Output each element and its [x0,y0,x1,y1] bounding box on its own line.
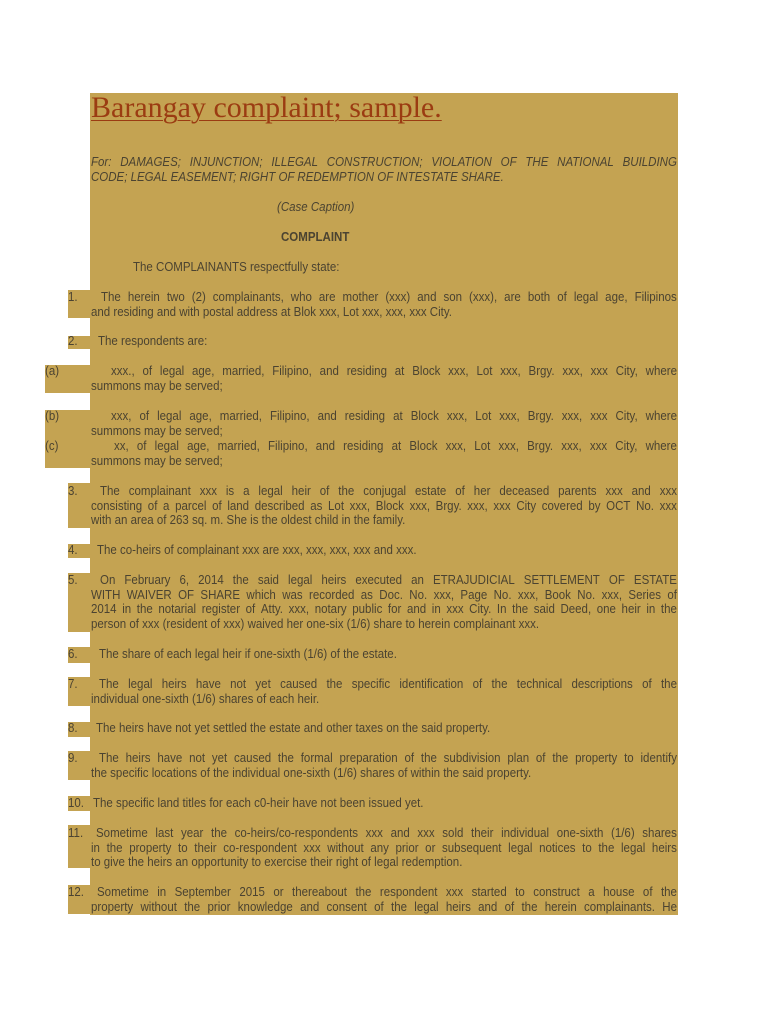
word: of [404,751,414,766]
word: (xxx), [469,290,497,305]
word: complainant [129,484,191,499]
word: xxx [417,826,434,841]
word: property [575,751,617,766]
word: a [243,484,249,499]
word: identification [399,677,463,692]
word: xxx [590,439,607,454]
word: and [417,290,436,305]
word: legal [258,484,282,499]
word: The [100,484,120,499]
word: of [148,499,158,514]
word: notarial [158,602,196,617]
word: No. [577,588,595,603]
word: parents [558,484,596,499]
word: Atty. [261,602,283,617]
numbered-paragraph: 2. The respondents are: [91,334,677,349]
word: by [588,499,600,514]
word: No. [636,499,654,514]
word: in [157,885,166,900]
word: deceased [499,484,549,499]
word: mother [343,290,379,305]
word: xxx, [602,588,622,603]
complaint-heading: COMPLAINT [281,230,355,245]
word: heirs [162,677,187,692]
word: residing [347,364,387,379]
word: xxx [200,484,217,499]
numbered-paragraph: 5. OnFebruary6,2014thesaidlegalheirsexec… [91,573,677,632]
word: house [603,885,634,900]
word: September [175,885,231,900]
word: Block [376,499,404,514]
paragraph-line: propertywithoutthepriorknowledgeandconse… [91,900,677,915]
intro-text: The COMPLAINANTS respectfully state: [133,260,339,275]
word: Sometime [97,885,149,900]
word: SHARE [200,588,240,603]
paragraph-line: the specific locations of the individual… [91,766,630,781]
numbered-paragraph: 11. Sometimelastyeartheco-heirs/co-respo… [91,826,677,870]
word: Sometime [96,826,148,841]
word: in [91,841,100,856]
word: for [388,602,401,617]
word: ETRAJUDICIAL [433,573,515,588]
word: The [99,677,119,692]
word: On [100,573,115,588]
word: (1/6) [611,826,635,841]
word: ESTATE [634,573,677,588]
numbered-paragraph: 9. Theheirshavenotyetcausedtheformalprep… [91,751,677,780]
word: the [661,885,677,900]
word: xxx, [561,439,581,454]
word: xxx, [562,409,582,424]
word: heir [622,602,641,617]
word: technical [517,677,562,692]
word: xxx [660,484,677,499]
word: (xxx) [385,290,410,305]
document-page: Barangay complaint; sample. For:DAMAGES;… [0,0,768,1024]
word: their [471,826,493,841]
paragraph-line: The share of each legal heir if one-sixt… [99,647,631,662]
word: Filipino, [272,364,312,379]
word: have [157,751,182,766]
respondent-line: xxx,oflegalage,married,Filipino,andresid… [111,409,677,424]
paragraph-line: The heirs have not yet settled the estat… [96,721,631,736]
word: xxx, [448,364,468,379]
word: descriptions [571,677,632,692]
word: not [230,677,246,692]
word: The [101,290,121,305]
word: and [391,826,410,841]
word: WAIVER [127,588,172,603]
word: in [646,602,655,617]
word: a [588,885,594,900]
numbered-paragraph: 8. The heirs have not yet settled the es… [91,721,677,736]
numbered-paragraph: 10. The specific land titles for each c0… [91,796,677,811]
numbered-paragraph: 3. Thecomplainantxxxisalegalheirofthecon… [91,484,677,528]
word: property [129,841,171,856]
respondent-label: (c) [45,439,58,454]
word: For: [91,155,111,170]
word: at [395,364,405,379]
word: in [432,602,441,617]
paragraph-line: The co-heirs of complainant xxx are xxx,… [97,543,631,558]
word: one [597,602,616,617]
word: co-respondent [223,841,297,856]
word: and [320,364,339,379]
word: is [226,484,234,499]
paragraph-number: 7. [68,677,78,692]
word: subdivision [444,751,501,766]
word: preparation [339,751,397,766]
word: legal [288,573,312,588]
word: 2015 [239,885,265,900]
word: of [212,499,222,514]
paragraph-line: inthepropertytotheirco-respondentxxxwith… [91,841,677,856]
numbered-paragraph: 4. The co-heirs of complainant xxx are x… [91,543,677,558]
word: and [318,409,337,424]
word: the [598,841,614,856]
word: of [455,484,465,499]
word: The [99,751,119,766]
word: consent [327,900,367,915]
word: co-heirs/co-respondents [235,826,358,841]
word: xxx, [446,439,466,454]
word: formal [301,751,333,766]
word: where [646,439,677,454]
word: Block [409,439,437,454]
paragraph-number: 4. [68,543,78,558]
word: of [505,900,515,915]
word: xxx, [434,588,454,603]
word: notary [315,602,347,617]
word: sold [442,826,463,841]
word: Brgy. [527,439,553,454]
word: and [300,900,319,915]
word: parcel [175,499,206,514]
word: property [91,900,133,915]
paragraph-number: 5. [68,573,78,588]
word: the [661,602,677,617]
word: Brgy. [528,409,554,424]
numbered-paragraph: 7. Thelegalheirshavenotyetcausedthespeci… [91,677,677,706]
word: where [646,364,677,379]
word: of [473,677,483,692]
word: public [352,602,382,617]
numbered-paragraph: 6. The share of each legal heir if one-s… [91,647,677,662]
word: legal [414,900,438,915]
word: heir [292,484,311,499]
word: age, [187,439,209,454]
word: the [211,826,227,841]
word: BUILDING [623,155,677,170]
subtitle: For:DAMAGES;INJUNCTION;ILLEGALCONSTRUCTI… [91,155,677,184]
word: are [504,290,521,305]
word: where [646,409,677,424]
paragraph-line: The respondents are: [98,334,631,349]
numbered-paragraph: 12. SometimeinSeptember2015orthereaboutt… [91,885,677,914]
word: caused [234,751,271,766]
case-caption-text: (Case Caption) [277,200,354,215]
word: yet [212,751,227,766]
word: caused [280,677,317,692]
respondent-line: summons may be served; [91,454,630,469]
word: Lot [475,409,491,424]
word: age, [192,364,214,379]
word: two [167,290,185,305]
word: herein [545,900,577,915]
complaint-heading-text: COMPLAINT [281,230,349,245]
word: Block [411,409,439,424]
paragraph-line: and residing and with postal address at … [91,305,630,320]
word: No. [409,588,427,603]
word: which [246,588,275,603]
word: Lot [328,499,344,514]
word: construct [533,885,580,900]
word: City [516,499,536,514]
word: THE [525,155,548,170]
word: the [661,677,677,692]
word: VIOLATION [431,155,492,170]
word: specific [352,677,390,692]
word: at [392,439,402,454]
word: xx, [114,439,129,454]
paragraph-line: individual one-sixth (1/6) shares of eac… [91,692,630,707]
word: Series [628,588,661,603]
respondent-entry: (c) xx,oflegalage,married,Filipino,andre… [91,439,677,468]
word: xxx, [447,409,467,424]
word: (2) [192,290,206,305]
word: any [370,841,389,856]
word: prior [207,900,230,915]
word: one-sixth [557,826,604,841]
word: Book [545,588,571,603]
paragraph-line: person of xxx (resident of xxx) waived h… [91,617,630,632]
respondent-entry: (b) xxx,oflegalage,married,Filipino,andr… [91,409,677,438]
word: have [196,677,221,692]
word: the [184,900,200,915]
word: at [393,409,403,424]
word: married, [222,364,264,379]
word: as [361,588,373,603]
respondent-line: xx,oflegalage,married,Filipino,andresidi… [114,439,677,454]
word: residing [345,409,385,424]
word: as [310,499,322,514]
word: was [282,588,302,603]
word: said [258,573,279,588]
word: a [163,499,169,514]
word: subsequent [442,841,501,856]
intro: The COMPLAINANTS respectfully state: [133,260,357,275]
respondent-entry: (a) xxx.,oflegalage,married,Filipino,and… [91,364,677,393]
word: their [194,841,216,856]
word: xxx, [562,364,582,379]
word: xxx [446,885,463,900]
word: recorded [309,588,354,603]
word: He [662,900,677,915]
word: Deed, [560,602,591,617]
word: xxx [605,484,622,499]
word: Filipinos [635,290,677,305]
word: described [255,499,305,514]
word: consisting [91,499,142,514]
word: the [391,900,407,915]
paragraph-number: 3. [68,484,78,499]
word: 6, [179,573,189,588]
word: of [557,290,567,305]
word: OF [178,588,194,603]
word: complainants, [213,290,284,305]
word: xxx, [498,439,518,454]
word: of [536,751,546,766]
paragraph-line: 2014inthenotarialregisterofAtty.xxx,nota… [91,602,677,617]
word: Filipino, [270,409,310,424]
word: legal [508,841,532,856]
word: of [137,439,147,454]
word: xxx, [289,602,309,617]
word: xxx [303,841,320,856]
word: CONSTRUCTION; [327,155,423,170]
word: of [642,677,652,692]
word: xxx [366,826,383,841]
word: the [338,484,354,499]
word: xxx, [350,499,370,514]
word: the [137,602,153,617]
word: thereabout [292,885,347,900]
word: herein [128,290,160,305]
word: City, [615,439,637,454]
word: the [491,677,507,692]
word: to [515,885,525,900]
word: OF [501,155,517,170]
word: xxx [660,499,677,514]
word: not [189,751,205,766]
word: and [478,900,497,915]
word: of [374,900,384,915]
word: In [497,602,507,617]
paragraph-line: WITHWAIVEROFSHAREwhichwasrecordedasDoc.N… [91,588,677,603]
word: Brgy. [436,499,462,514]
subtitle-line: For:DAMAGES;INJUNCTION;ILLEGALCONSTRUCTI… [91,155,677,170]
word: who [291,290,312,305]
word: NATIONAL [557,155,614,170]
word: 2014 [198,573,224,588]
paragraph-number: 2. [68,334,78,349]
word: ILLEGAL [271,155,318,170]
word: the [521,900,537,915]
word: and [316,439,335,454]
word: and [407,602,426,617]
word: her [474,484,491,499]
word: executed [355,573,402,588]
word: xxx [591,364,608,379]
word: in [122,602,131,617]
word: legal [621,841,645,856]
word: heirs [652,841,677,856]
word: individual [501,826,549,841]
word: WITH [91,588,120,603]
word: knowledge [238,900,293,915]
word: of [139,409,149,424]
paragraph-number: 11. [68,826,83,841]
paragraph-line: Sometimelastyeartheco-heirs/co-responden… [96,826,677,841]
word: covered [542,499,583,514]
word: INJUNCTION; [190,155,263,170]
word: Filipino, [268,439,308,454]
word: the [107,841,123,856]
paragraph-line: Theheirshavenotyetcausedtheformalprepara… [99,751,677,766]
paragraph-number: 1. [68,290,78,305]
word: married, [220,409,262,424]
case-caption: (Case Caption) [277,200,361,215]
word: xxx, [499,409,519,424]
word: to [624,751,634,766]
word: Block [412,364,440,379]
word: xxx, [467,499,487,514]
word: legal [157,409,181,424]
word: legal [160,364,184,379]
word: OCT [606,499,630,514]
word: without [140,900,176,915]
word: to [582,841,592,856]
word: and [632,484,651,499]
word: xxx, [111,409,131,424]
word: notices [539,841,575,856]
word: conjugal [363,484,406,499]
word: identify [641,751,677,766]
word: year [181,826,203,841]
word: the [421,751,437,766]
word: the [355,885,371,900]
word: residing [343,439,383,454]
word: SETTLEMENT [524,573,600,588]
word: plan [507,751,529,766]
word: the [512,602,528,617]
word: Lot [474,439,490,454]
numbered-paragraph: 1. Thehereintwo(2)complainants,whoaremot… [91,290,677,319]
word: of [667,588,677,603]
word: xxx [446,602,463,617]
paragraph-line: to give the heirs an opportunity to exer… [91,855,630,870]
word: prior [396,841,419,856]
word: heirs [446,900,471,915]
word: last [155,826,173,841]
word: February [124,573,170,588]
word: of [246,602,256,617]
word: xxx., [111,364,135,379]
word: the [326,677,342,692]
paragraph-number: 6. [68,647,78,662]
word: complainants. [584,900,655,915]
word: OF [609,573,625,588]
paragraph-number: 9. [68,751,78,766]
word: are [319,290,336,305]
word: the [552,751,568,766]
paragraph-line: Thelegalheirshavenotyetcausedthespecific… [99,677,677,692]
paragraph-line: Thecomplainantxxxisalegalheiroftheconjug… [100,484,677,499]
word: land [227,499,249,514]
word: yet [255,677,270,692]
word: of [142,364,152,379]
paragraph-number: 10. [68,796,84,811]
word: xxx, [518,588,538,603]
word: respondent [380,885,438,900]
respondent-label: (a) [45,364,59,379]
word: to [178,841,188,856]
word: or [425,841,435,856]
respondent-label: (b) [45,409,59,424]
paragraph-line: consistingofaparceloflanddescribedasLotx… [91,499,677,514]
word: Brgy. [529,364,555,379]
word: xxx, [500,364,520,379]
